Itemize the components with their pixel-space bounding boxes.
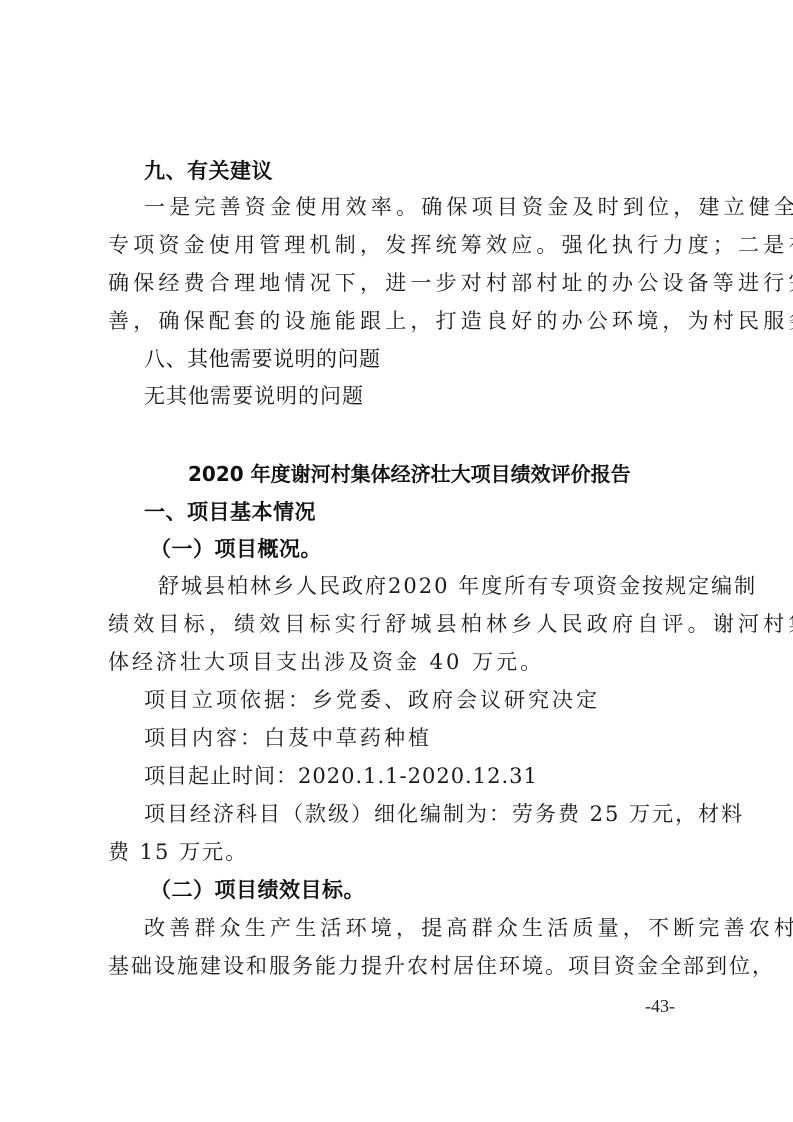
subsection-2-heading: （二）项目绩效目标。	[150, 875, 365, 905]
section-9-line-1: 一是完善资金使用效率。确保项目资金及时到位，建立健全	[144, 192, 687, 222]
page-number: -43-	[645, 996, 675, 1017]
report-title: 2020 年度谢河村集体经济壮大项目绩效评价报告	[188, 459, 631, 489]
section-8-heading: 八、其他需要说明的问题	[144, 344, 381, 374]
project-period: 项目起止时间：2020.1.1-2020.12.31	[144, 761, 538, 791]
document-page: 九、有关建议 一是完善资金使用效率。确保项目资金及时到位，建立健全 专项资金使用…	[0, 0, 793, 1122]
overview-line-2: 绩效目标，绩效目标实行舒城县柏林乡人民政府自评。谢河村集	[108, 609, 686, 639]
overview-line-1: 舒城县柏林乡人民政府2020 年度所有专项资金按规定编制	[158, 571, 687, 601]
goal-line-1: 改善群众生产生活环境，提高群众生活质量，不断完善农村	[144, 913, 687, 943]
part-1-heading: 一、项目基本情况	[144, 497, 316, 527]
goal-line-2: 基础设施建设和服务能力提升农村居住环境。项目资金全部到位，	[108, 951, 686, 981]
overview-line-3: 体经济壮大项目支出涉及资金 40 万元。	[108, 647, 544, 677]
budget-line-2: 费 15 万元。	[108, 837, 248, 867]
section-9-line-2: 专项资金使用管理机制，发挥统筹效应。强化执行力度；二是在	[108, 230, 686, 260]
section-9-line-4: 善，确保配套的设施能跟上，打造良好的办公环境，为村民服务。	[108, 306, 686, 336]
project-basis: 项目立项依据：乡党委、政府会议研究决定	[144, 685, 600, 715]
project-content: 项目内容：白芨中草药种植	[144, 723, 432, 753]
section-9-heading: 九、有关建议	[144, 156, 273, 186]
section-9-line-3: 确保经费合理地情况下，进一步对村部村址的办公设备等进行完	[108, 268, 686, 298]
budget-line-1: 项目经济科目（款级）细化编制为：劳务费 25 万元，材料	[144, 799, 687, 829]
subsection-1-heading: （一）项目概况。	[150, 534, 322, 564]
section-8-text: 无其他需要说明的问题	[144, 381, 364, 411]
